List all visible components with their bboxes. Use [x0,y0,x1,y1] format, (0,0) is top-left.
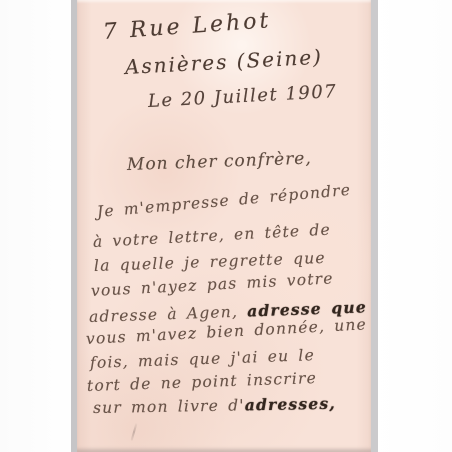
body-line-2: à votre lettre, en tête de [93,221,332,251]
body-line-9: sur mon livre d'adresses, [93,394,336,417]
emphasized-text: adresses, [245,394,336,415]
line-text: tort de ne point inscrire [87,369,318,395]
salutation-line: Mon cher confrère, [127,149,312,175]
letter-scan: 7 Rue Lehot Asnières (Seine) Le 20 Juill… [0,0,452,452]
address-line-1: 7 Rue Lehot [102,8,272,45]
body-line-7: fois, mais que j'ai eu le [90,346,316,372]
line-text: Je m'empresse de répondre [96,181,352,221]
body-line-4: vous n'ayez pas mis votre [91,269,335,300]
address-line-2: Asnières (Seine) [124,45,323,79]
stray-ink-mark [131,423,138,441]
line-text: fois, mais que j'ai eu le [90,346,316,372]
line-text: sur mon livre d' [93,396,245,417]
letter-text-layer: 7 Rue Lehot Asnières (Seine) Le 20 Juill… [0,0,452,452]
body-line-8: tort de ne point inscrire [87,369,318,395]
body-line-1: Je m'empresse de répondre [96,181,352,221]
date-line: Le 20 Juillet 1907 [147,81,337,112]
line-text: vous n'ayez pas mis votre [91,269,335,300]
line-text: à votre lettre, en tête de [93,221,332,251]
